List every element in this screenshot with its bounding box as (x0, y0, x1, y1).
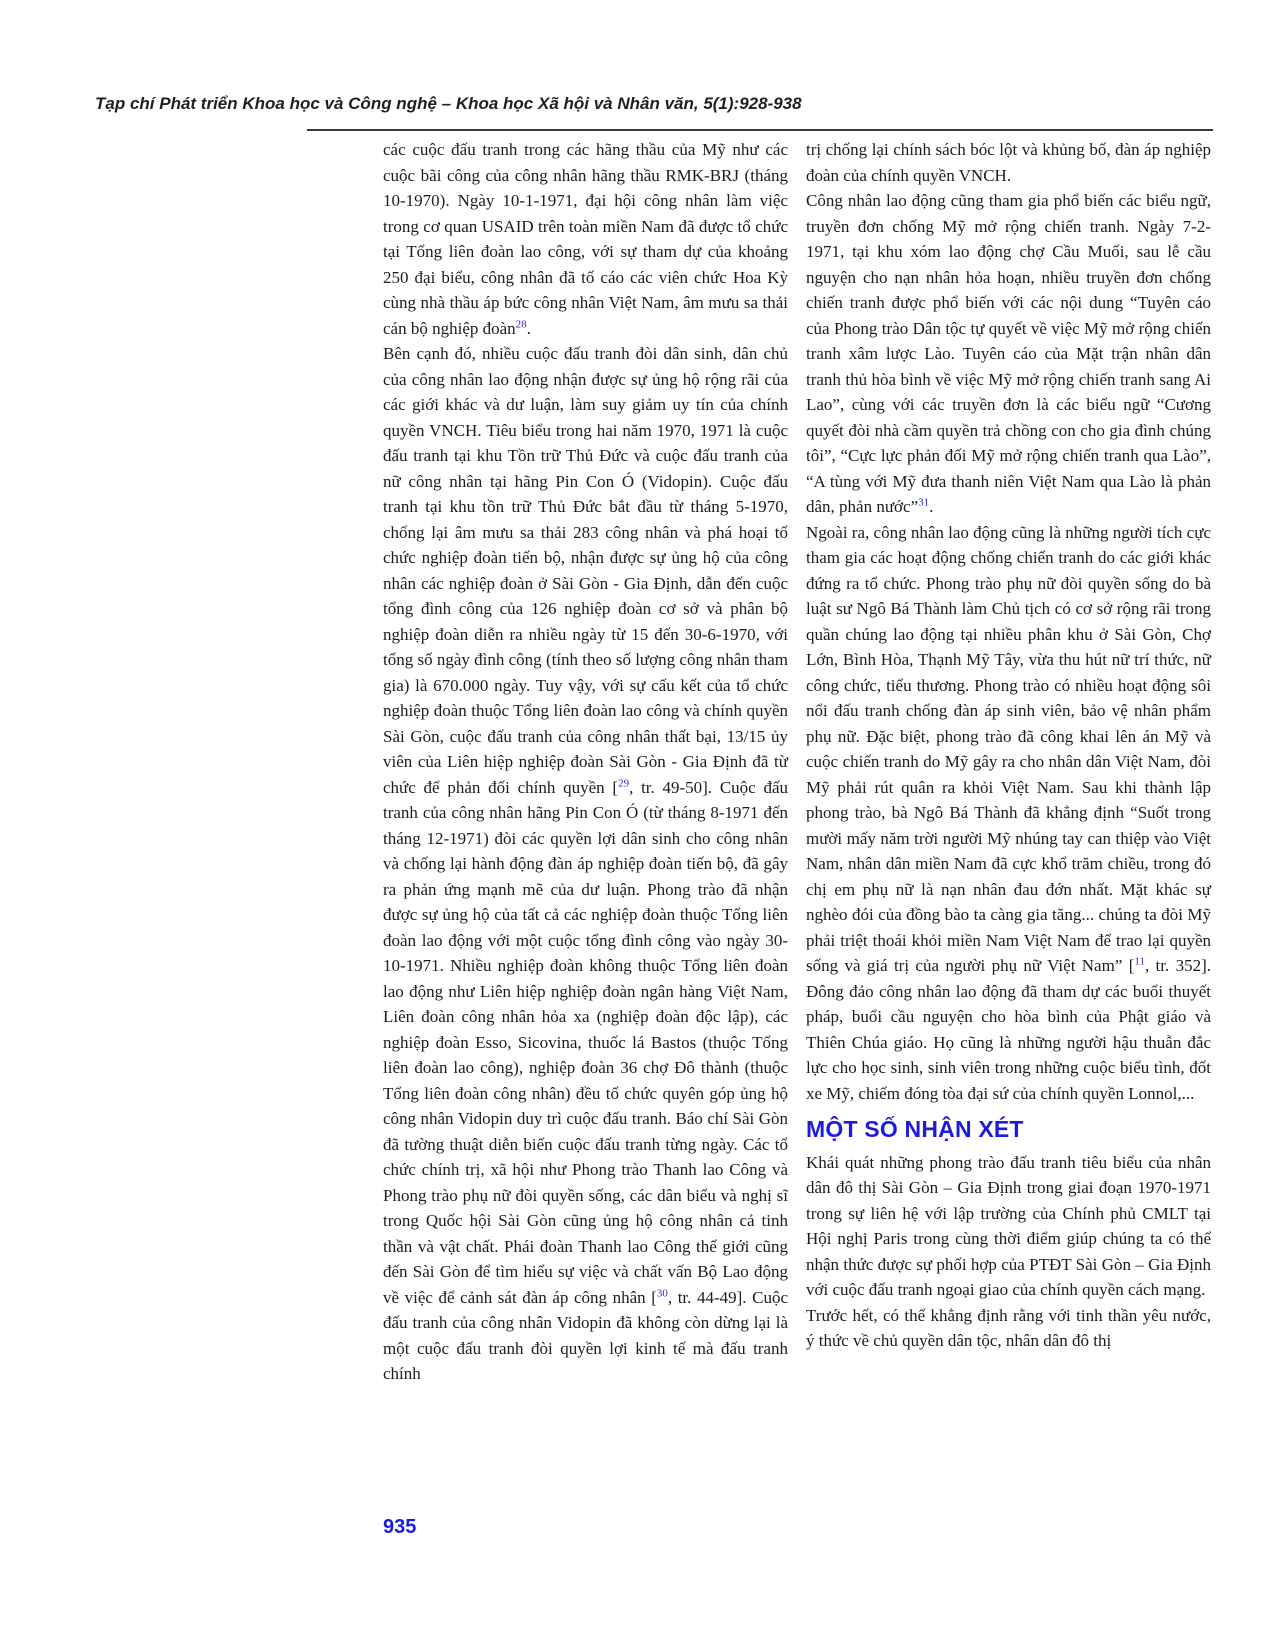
citation-ref[interactable]: 31 (918, 496, 929, 508)
section-heading: MỘT SỐ NHẬN XÉT (806, 1117, 1211, 1143)
citation-ref[interactable]: 11 (1134, 955, 1145, 967)
paragraph: các cuộc đấu tranh trong các hãng thầu c… (383, 137, 788, 341)
paragraph: Trước hết, có thể khẳng định rằng với ti… (806, 1303, 1211, 1354)
page-number: 935 (383, 1516, 416, 1539)
document-page: Tạp chí Phát triển Khoa học và Công nghệ… (0, 0, 1276, 1649)
citation-ref[interactable]: 28 (516, 318, 527, 330)
journal-header: Tạp chí Phát triển Khoa học và Công nghệ… (95, 94, 802, 114)
header-rule (307, 129, 1213, 131)
paragraph: Khái quát những phong trào đấu tranh tiê… (806, 1150, 1211, 1303)
text-column-left: các cuộc đấu tranh trong các hãng thầu c… (383, 137, 788, 1387)
citation-ref[interactable]: 29 (618, 777, 629, 789)
paragraph: trị chống lại chính sách bóc lột và khủn… (806, 137, 1211, 188)
paragraph: Bên cạnh đó, nhiều cuộc đấu tranh đòi dâ… (383, 341, 788, 1387)
text-column-right: trị chống lại chính sách bóc lột và khủn… (806, 137, 1211, 1354)
paragraph: Ngoài ra, công nhân lao động cũng là nhữ… (806, 520, 1211, 1107)
paragraph: Công nhân lao động cũng tham gia phổ biế… (806, 188, 1211, 520)
citation-ref[interactable]: 30 (657, 1287, 668, 1299)
